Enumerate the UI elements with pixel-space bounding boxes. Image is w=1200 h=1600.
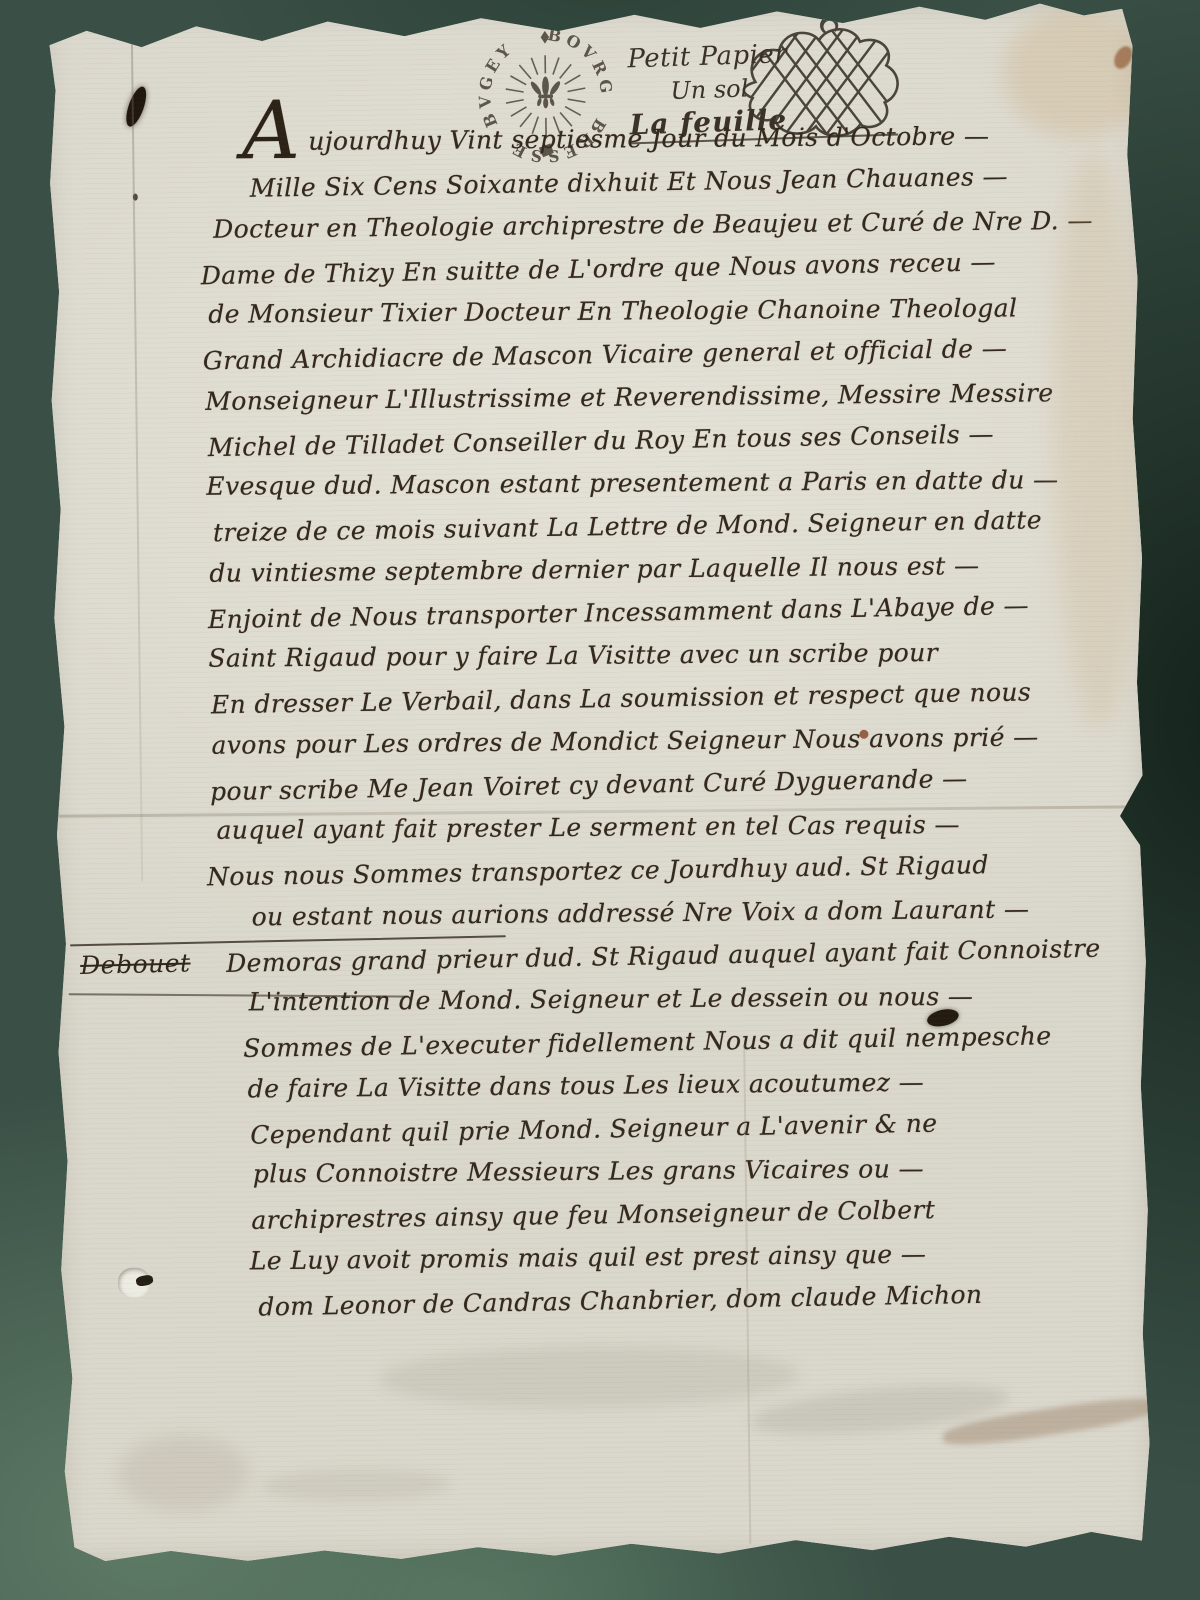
margin-note: Debouet	[80, 948, 191, 979]
manuscript-page: BVGEY BOVRG BRESSE	[43, 0, 1158, 1565]
rust-spot	[1111, 43, 1136, 72]
fold-crease	[131, 42, 143, 882]
paper-tear-mark	[135, 1274, 154, 1287]
ink-bleedthrough	[260, 1468, 450, 1502]
age-stain	[941, 1392, 1160, 1451]
rust-spot	[859, 730, 868, 739]
manuscript-text: Aujourdhuy Vint septiesme Jour du Mois d…	[194, 112, 1129, 1327]
ink-blot	[133, 194, 138, 201]
ink-bleedthrough	[748, 1376, 1011, 1444]
fleur-de-lis-icon	[529, 76, 562, 108]
ink-blot	[122, 84, 150, 129]
photo-background: BVGEY BOVRG BRESSE	[0, 0, 1200, 1600]
age-stain	[118, 1434, 249, 1512]
ink-bleedthrough	[379, 1344, 800, 1411]
